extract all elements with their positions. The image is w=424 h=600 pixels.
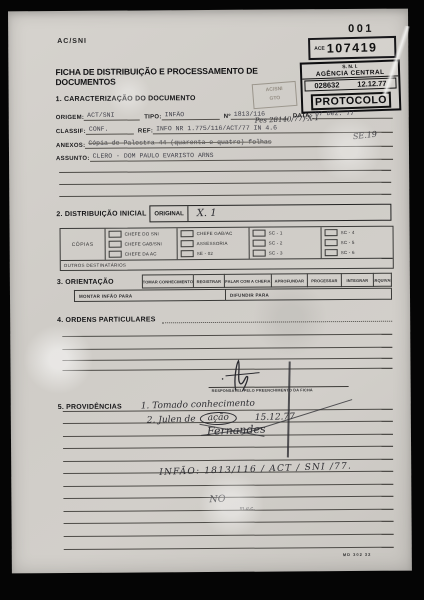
original-box: ORIGINAL X. 1 xyxy=(149,204,391,223)
field-row-anexos: ANEXOS: Cópia de Palestra 44 (quarenta e… xyxy=(56,135,393,149)
checkbox-label: ASSESSORIA xyxy=(197,241,228,246)
checkbox-label: SC - 6 xyxy=(341,250,355,255)
classif-label: CLASSIF: xyxy=(56,129,86,135)
entry2-text: 2. Julen de xyxy=(147,414,196,425)
scanned-document: AC/SNI 001 ACE 107419 FICHA DE DISTRIBUI… xyxy=(0,0,424,600)
checkbox xyxy=(253,230,266,237)
distribution-column-1: CHEFE DO SNI CHEFE GAB/SNI CHEFE DA AC xyxy=(106,228,178,260)
ruled-line xyxy=(62,334,392,337)
assunto-value: CLERO - DOM PAULO EVARISTO ARNS xyxy=(90,151,393,162)
ref-label: REF: xyxy=(138,128,153,134)
checkbox-label: SC - 1 xyxy=(269,231,283,236)
montar-infao-label: MONTAR INFÃO PARA xyxy=(74,289,225,302)
document-page: AC/SNI 001 ACE 107419 FICHA DE DISTRIBUI… xyxy=(8,9,412,574)
distribution-column-3: SC - 1 SC - 2 SC - 3 xyxy=(250,227,322,259)
orientation-action: REGISTRAR xyxy=(194,274,225,288)
small-handwritten-note: m.a.c. xyxy=(239,506,254,512)
checkbox-label: CHEFE GAB/SNI xyxy=(125,241,162,246)
ruled-line xyxy=(63,484,393,487)
gto-stamp: AC/SNI GTO xyxy=(252,81,298,109)
ruled-line xyxy=(59,194,391,197)
protocol-number: 028632 xyxy=(314,80,339,90)
checkbox xyxy=(325,229,338,236)
ruled-line xyxy=(62,347,392,350)
section2-heading: 2. DISTRIBUIÇÃO INICIAL xyxy=(56,210,146,218)
checkbox-label: SC - 2 xyxy=(269,240,283,245)
orientation-action: ARQUIVAR xyxy=(374,273,392,287)
checkbox xyxy=(325,239,338,246)
field-row-classif: CLASSIF: CONF. REF: INFO NR 1.775/116/AC… xyxy=(56,121,393,135)
form-code: MD 302 32 xyxy=(343,552,372,557)
ace-stamp-number: 107419 xyxy=(327,40,378,55)
section4-heading: 4. ORDENS PARTICULARES xyxy=(57,316,155,324)
ruled-line xyxy=(59,182,391,185)
anexos-label: ANEXOS: xyxy=(56,143,85,149)
distribution-column-4: SC - 4 SC - 5 SC - 6 xyxy=(322,227,393,258)
distribution-table: CÓPIAS CHEFE DO SNI CHEFE GAB/SNI CHEFE … xyxy=(60,226,394,271)
distribution-column-2: CHEFE GAB/AC ASSESSORIA SE - 02 xyxy=(178,228,250,260)
tipo-label: TIPO: xyxy=(144,114,162,120)
ruled-line xyxy=(64,534,394,537)
checkbox xyxy=(181,240,194,247)
checkbox xyxy=(181,250,194,257)
original-handwritten-value: X. 1 xyxy=(189,205,391,221)
tipo-value: INFÃO xyxy=(162,111,220,120)
responsavel-caption: RESPONSÁVEL PELO PREENCHIMENTO DA FICHA xyxy=(212,388,313,393)
field-row-origem: ORIGEM: ACT/SNI TIPO: INFÃO Nº 1813/116 … xyxy=(56,107,393,121)
checkbox xyxy=(109,250,122,257)
checkbox-label: CHEFE DO SNI xyxy=(125,232,159,237)
checkbox-label: SC - 5 xyxy=(341,240,355,245)
orientation-action: FALAR COM A CHEFIA xyxy=(225,274,272,288)
infao-handwritten-note: INFÃO: 1813/116 / ACT / SNI /77. xyxy=(159,461,352,477)
checkbox-label: SC - 3 xyxy=(269,250,283,255)
orientation-actions-row: TOMAR CONHECIMENTO REGISTRAR FALAR COM A… xyxy=(142,273,392,289)
unit-code: AC/SNI xyxy=(57,38,87,45)
checkbox xyxy=(325,249,338,256)
section3-heading: 3. ORIENTAÇÃO xyxy=(57,279,114,286)
ruled-line xyxy=(162,321,392,324)
orientation-action: TOMAR CONHECIMENTO xyxy=(142,274,194,288)
checkbox-label: SC - 4 xyxy=(341,230,355,235)
ruled-line xyxy=(63,446,393,449)
copias-label: CÓPIAS xyxy=(61,229,106,260)
classif-value: CONF. xyxy=(86,126,134,135)
checkbox xyxy=(181,230,194,237)
page-number: 001 xyxy=(348,23,374,35)
section1-heading: 1. CARACTERIZAÇÃO DO DOCUMENTO xyxy=(56,95,196,103)
no-handwritten-note: NO xyxy=(209,494,226,506)
data-value: 07 Dez. 77 xyxy=(312,110,393,120)
ruled-line xyxy=(59,170,391,173)
orientation-targets-row: MONTAR INFÃO PARA DIFUNDIR PARA xyxy=(74,288,392,302)
origem-value: ACT/SNI xyxy=(84,111,140,120)
ace-stamp-prefix: ACE xyxy=(314,46,325,52)
gto-stamp-line2: GTO xyxy=(254,93,297,105)
ruled-line xyxy=(63,509,393,512)
origem-label: ORIGEM: xyxy=(56,115,84,121)
numero-label: Nº xyxy=(224,114,231,120)
ruled-line xyxy=(64,521,394,524)
ace-stamp: ACE 107419 xyxy=(308,36,397,60)
checkbox-label: CHEFE DA AC xyxy=(125,251,157,256)
checkbox xyxy=(253,240,266,247)
orientation-action: APROFUNDAR xyxy=(272,273,308,287)
checkbox xyxy=(109,241,122,248)
scan-scratch xyxy=(381,24,410,98)
orientation-action: PROCESSAR xyxy=(308,273,342,287)
ruled-line xyxy=(63,496,393,499)
ruled-line xyxy=(64,547,394,550)
checkbox xyxy=(253,249,266,256)
orientation-action: INTEGRAR xyxy=(342,273,374,287)
checkbox-label: SE - 02 xyxy=(197,251,213,256)
checkbox xyxy=(109,231,122,238)
field-row-assunto: ASSUNTO: CLERO - DOM PAULO EVARISTO ARNS xyxy=(56,148,393,162)
checkbox-label: CHEFE GAB/AC xyxy=(197,231,233,236)
assunto-label: ASSUNTO: xyxy=(56,156,90,162)
original-label: ORIGINAL xyxy=(150,206,188,221)
difundir-label: DIFUNDIR PARA xyxy=(225,288,392,301)
